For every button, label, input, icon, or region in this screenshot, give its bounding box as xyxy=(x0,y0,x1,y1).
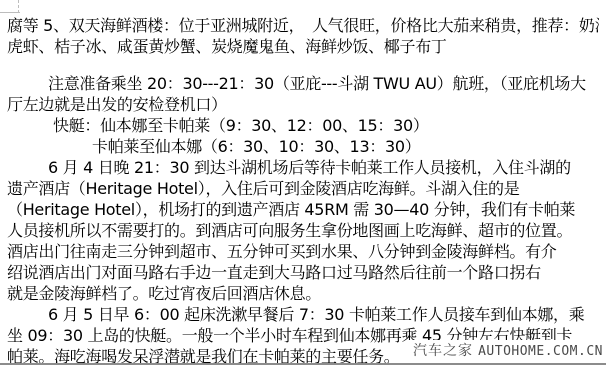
text-line: 注意准备乘坐 20：30---21：30（亚庇---斗湖 TWU AU）航班，（… xyxy=(7,73,599,94)
text-line: 腐等 5、双天海鲜酒楼：位于亚洲城附近， 人气很旺，价格比大茄来稍贵，推荐：奶油… xyxy=(7,15,599,36)
bottom-divider xyxy=(0,363,606,365)
text-line: 快艇：仙本娜至卡帕莱（9：30、12：00、15：30） xyxy=(7,115,599,136)
margin-corner-mark-horizontal xyxy=(0,12,20,13)
text-line: 6 月 4 日晚 21：30 到达斗湖机场后等待卡帕莱工作人员接机，入住斗湖的 xyxy=(7,157,599,178)
watermark: 汽车之家 AUTOHOME.COM.CN xyxy=(407,340,603,360)
watermark-domain: AUTOHOME.COM.CN xyxy=(478,344,603,359)
document-text: 腐等 5、双天海鲜酒楼：位于亚洲城附近， 人气很旺，价格比大茄来稍贵，推荐：奶油… xyxy=(7,15,599,366)
text-line: 6 月 5 日早 6：00 起床洗漱早餐后 7：30 卡帕莱工作人员接车到仙本娜… xyxy=(7,304,599,325)
margin-corner-mark-vertical xyxy=(18,0,19,13)
text-line: 厅左边就是出发的安检登机口） xyxy=(7,94,599,115)
text-line: 就是金陵海鲜档了。吃过宵夜后回酒店休息。 xyxy=(7,283,599,304)
document-page: 腐等 5、双天海鲜酒楼：位于亚洲城附近， 人气很旺，价格比大茄来稍贵，推荐：奶油… xyxy=(0,0,606,366)
text-line: （Heritage Hotel），机场打的到遗产酒店 45RM 需 30—40 … xyxy=(7,199,599,220)
text-line: 酒店出门往南走三分钟到超市、五分钟可买到水果、八分钟到金陵海鲜档。有介 xyxy=(7,241,599,262)
text-line: 虎虾、桔子冰、咸蛋黄炒蟹、炭烧魔鬼鱼、海鲜炒饭、椰子布丁 xyxy=(7,36,599,57)
text-line: 绍说酒店出门对面马路右手边一直走到大马路口过马路然后往前一个路口拐右 xyxy=(7,262,599,283)
watermark-brand: 汽车之家 xyxy=(413,343,473,359)
text-line: 遗产酒店（Heritage Hotel），入住后可到金陵酒店吃海鲜。斗湖入住的是 xyxy=(7,178,599,199)
text-line: 人员接机所以不需要打的。到酒店可向服务生拿份地图画上吃海鲜、超市的位置。 xyxy=(7,220,599,241)
text-line: 卡帕莱至仙本娜（6：30、10：30、13：30） xyxy=(7,136,599,157)
